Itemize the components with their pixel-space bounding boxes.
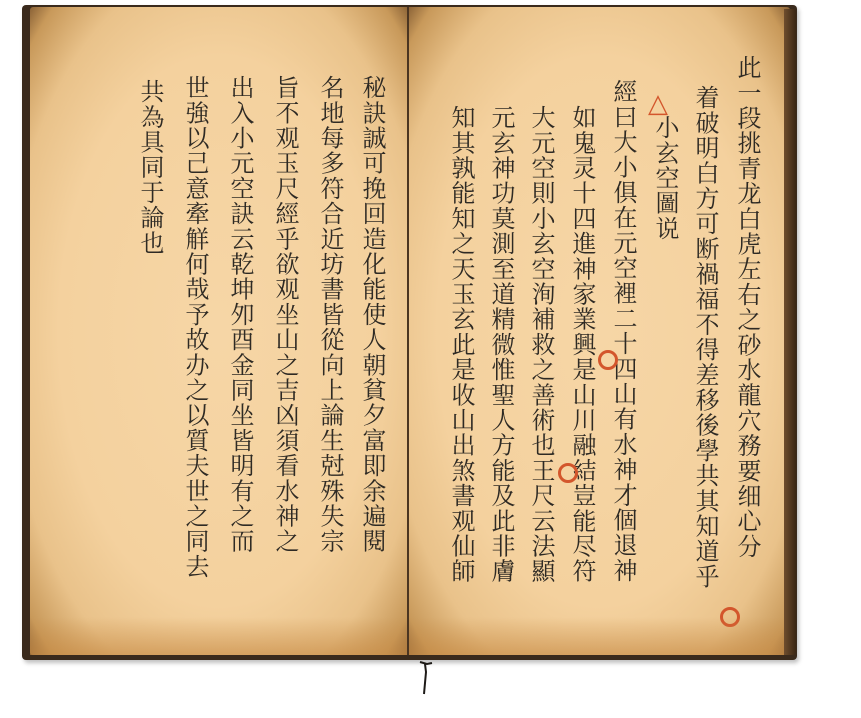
text-column: 名地每多符合近坊書皆從向上論生尅殊失宗 [313, 75, 347, 554]
text-column: 知其孰能知之天玉玄此是收山出煞書观仙師 [444, 105, 478, 584]
text-column: 出入小元空訣云乾坤夘酉金同坐皆明有之而 [223, 75, 257, 554]
text-column: 經曰大小俱在元空裡二十四山有水神才個退神 [606, 79, 640, 583]
left-page: 秘訣誠可挽回造化能使人朝貧夕富即余遍閱 名地每多符合近坊書皆從向上論生尅殊失宗 … [30, 7, 408, 655]
punctuation-circle-icon [598, 350, 618, 370]
text-column: 秘訣誠可挽回造化能使人朝貧夕富即余遍閱 [355, 75, 389, 554]
book-gutter [407, 7, 409, 655]
punctuation-circle-icon [558, 463, 578, 483]
text-column: 大元空則小玄空洵補救之善術也王尺云法顯 [524, 105, 558, 584]
text-column: 元玄神功莫測至道精微惟聖人方能及此非膚 [484, 105, 518, 584]
section-heading: 小玄空圖说 [648, 115, 682, 241]
text-column: 如鬼灵十四進神家業興是山川融結豈能尽符 [565, 105, 599, 584]
text-column: 世強以己意牽觧何哉予故办之以質夫世之同去 [178, 75, 212, 579]
right-page: 此一段挑青龙白虎左右之砂水龍穴務要细心分 着破明白方可断禍福不得差移後學共其知道… [408, 7, 790, 655]
open-book: 秘訣誠可挽回造化能使人朝貧夕富即余遍閱 名地每多符合近坊書皆從向上論生尅殊失宗 … [22, 5, 792, 663]
binding-thread-icon [417, 660, 435, 696]
end-circle-marker-icon [720, 607, 740, 627]
text-column: 共為具同于論也 [133, 79, 167, 255]
text-column: 着破明白方可断禍福不得差移後學共其知道乎 [688, 85, 722, 589]
text-column: 此一段挑青龙白虎左右之砂水龍穴務要细心分 [730, 55, 764, 559]
text-column: 旨不观玉尺經乎欲观坐山之吉凶須看水神之 [268, 75, 302, 554]
book-edge [784, 9, 796, 655]
